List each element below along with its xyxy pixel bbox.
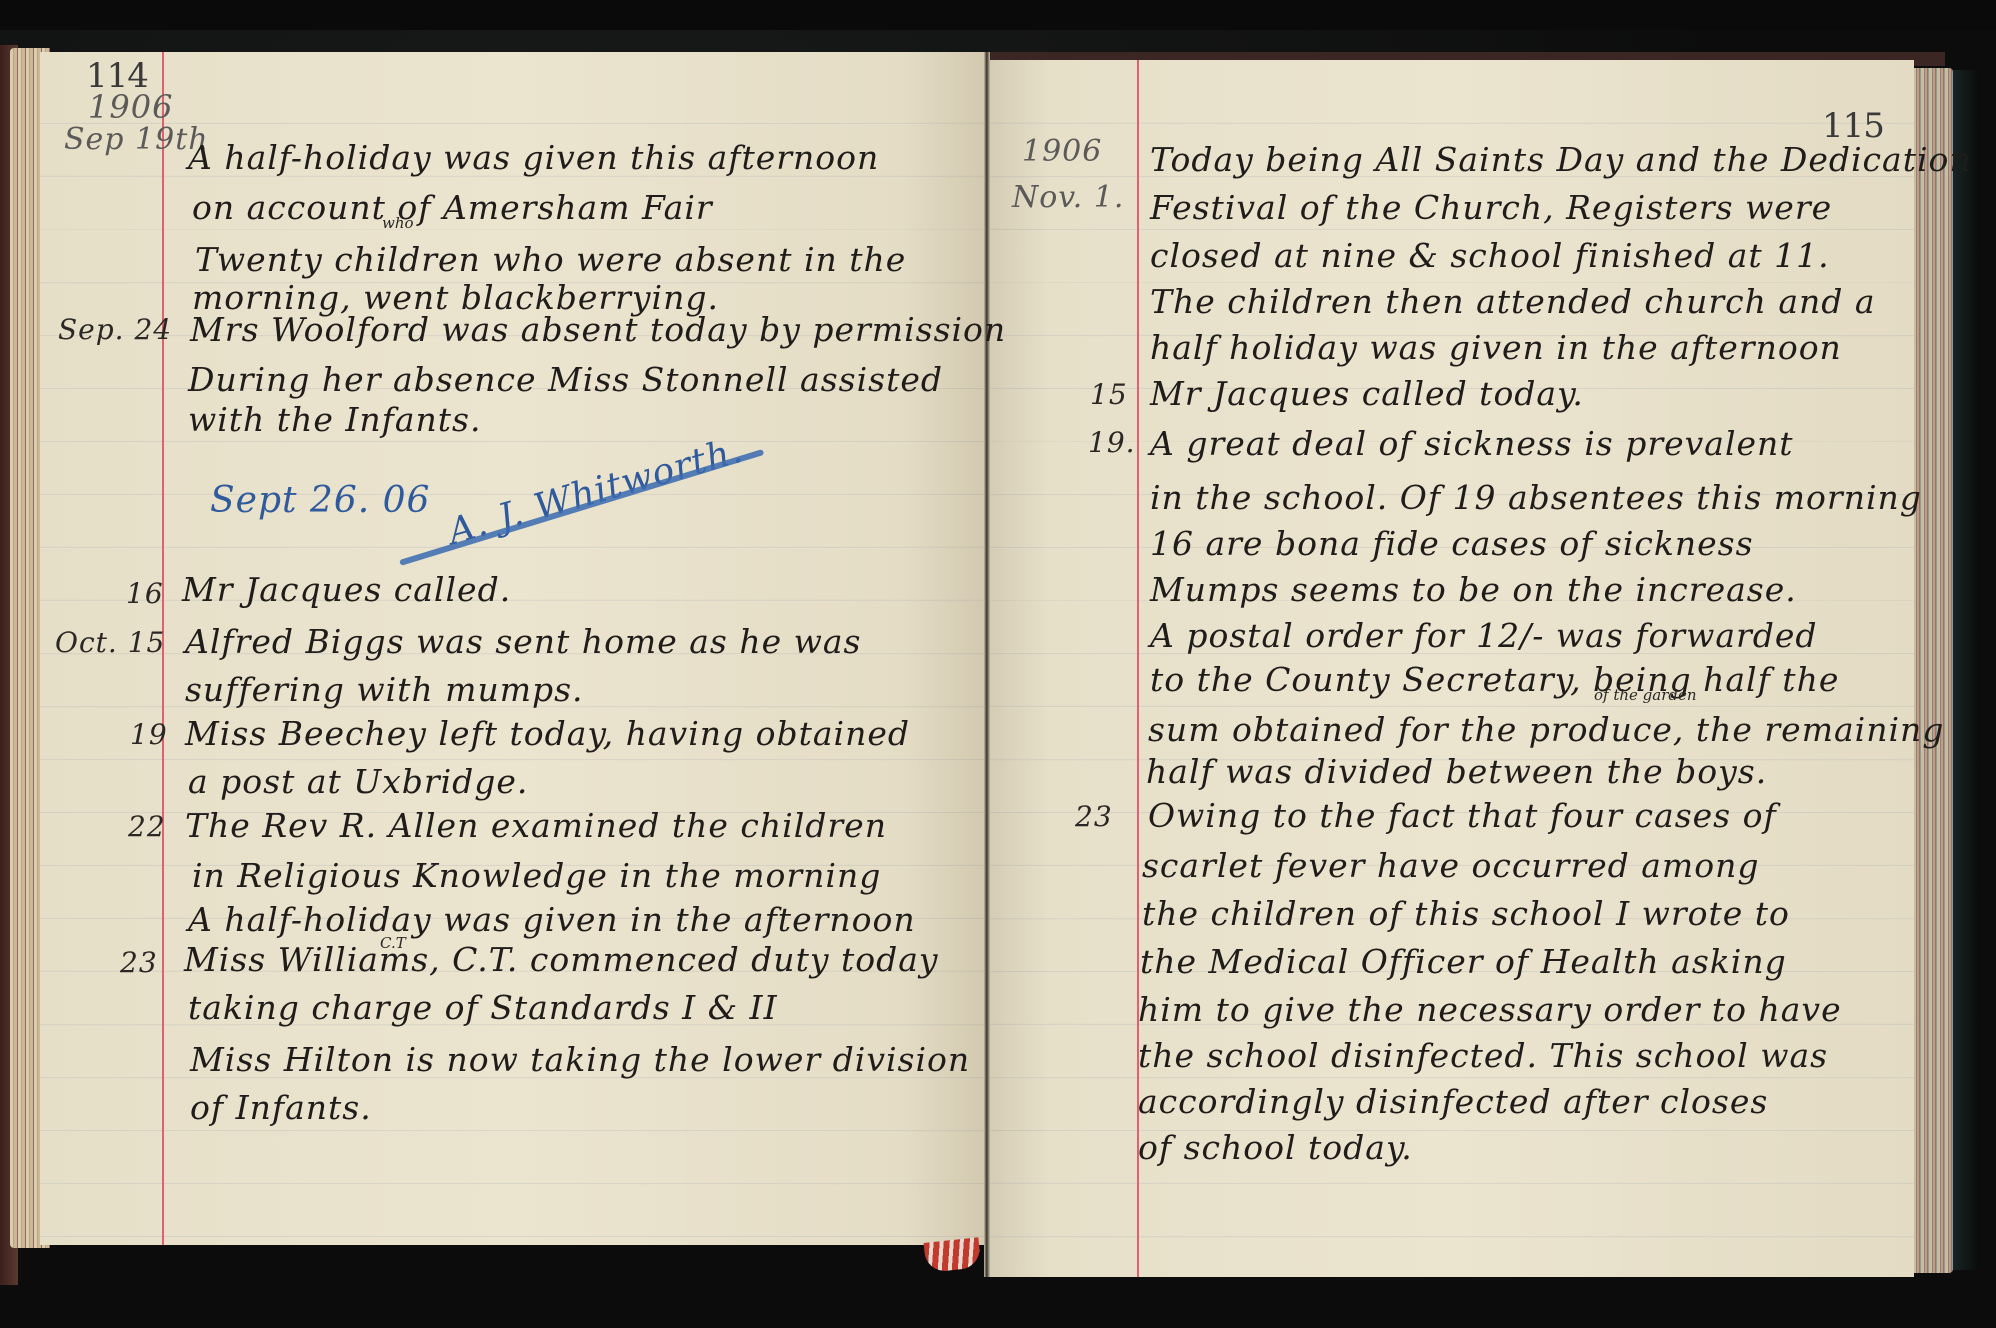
entry-line: Twenty children who were absent in the — [195, 240, 906, 279]
entry-line: Festival of the Church, Registers were — [1150, 188, 1832, 227]
entry-line: the school disinfected. This school was — [1138, 1036, 1828, 1075]
entry-line: the children of this school I wrote to — [1142, 894, 1790, 933]
entry-line: The children then attended church and a — [1150, 282, 1876, 321]
entry-date: 23 — [1075, 800, 1113, 833]
inserted-title: C.T — [380, 934, 406, 952]
entry-date: Oct. 15 — [55, 626, 165, 659]
entry-date: 19 — [130, 718, 168, 751]
gutter-shadow-right — [990, 60, 1050, 1277]
entry-line: 16 are bona fide cases of sickness — [1150, 524, 1754, 563]
entry-line: Mr Jacques called today. — [1150, 374, 1584, 413]
entry-line: closed at nine & school finished at 11. — [1150, 236, 1830, 275]
entry-line: to the County Secretary, being half the — [1150, 660, 1839, 699]
entry-date: 19. — [1088, 426, 1136, 459]
entry-line: half was divided between the boys. — [1146, 752, 1767, 791]
entry-date: 16 — [126, 577, 164, 610]
entry-line: of Infants. — [190, 1088, 372, 1127]
entry-line: him to give the necessary order to have — [1138, 990, 1842, 1029]
entry-line: Alfred Biggs was sent home as he was — [185, 622, 861, 661]
entry-line: half holiday was given in the afternoon — [1150, 328, 1842, 367]
book-gutter — [984, 52, 990, 1277]
entry-date: Sep. 24 — [58, 313, 172, 346]
entry-line: Owing to the fact that four cases of — [1148, 796, 1777, 835]
entry-line: of school today. — [1138, 1128, 1413, 1167]
entry-line: with the Infants. — [188, 400, 481, 439]
entry-line: Miss Hilton is now taking the lower divi… — [190, 1040, 970, 1079]
entry-line: Mr Jacques called. — [182, 570, 511, 609]
entry-line: During her absence Miss Stonnell assiste… — [188, 360, 943, 399]
entry-date: 23 — [120, 946, 158, 979]
entry-line: A postal order for 12/- was forwarded — [1150, 616, 1818, 655]
entry-line: Mrs Woolford was absent today by permiss… — [190, 310, 1006, 349]
entry-line: A great deal of sickness is prevalent — [1150, 424, 1794, 463]
entry-line: A half-holiday was given in the afternoo… — [188, 900, 916, 939]
inserted-word: who — [382, 214, 414, 232]
page-stack-right — [1913, 68, 1953, 1273]
entry-line: the Medical Officer of Health asking — [1140, 942, 1787, 981]
entry-date: Nov. 1. — [1012, 180, 1124, 215]
cover-edge-right — [1950, 70, 1980, 1270]
entry-line: on account of Amersham Fair — [192, 188, 713, 227]
entry-date: 22 — [128, 810, 166, 843]
inspection-date: Sept 26. 06 — [210, 480, 430, 521]
entry-line: suffering with mumps. — [185, 670, 584, 709]
entry-line: taking charge of Standards I & II — [188, 988, 778, 1027]
inserted-words: of the garden — [1594, 686, 1697, 704]
entry-line: sum obtained for the produce, the remain… — [1148, 710, 1944, 749]
margin-year: 1906 — [88, 88, 173, 126]
entry-line: in the school. Of 19 absentees this morn… — [1150, 478, 1922, 517]
entry-line: Miss Beechey left today, having obtained — [185, 714, 910, 753]
entry-line: scarlet fever have occurred among — [1142, 846, 1759, 885]
entry-line: A half-holiday was given this afternoon — [188, 138, 879, 177]
entry-date: 15 — [1090, 378, 1128, 411]
entry-line: Today being All Saints Day and the Dedic… — [1150, 140, 1972, 179]
margin-year: 1906 — [1022, 134, 1102, 169]
entry-line: Miss Williams, C.T. commenced duty today — [184, 940, 939, 979]
entry-line: Mumps seems to be on the increase. — [1150, 570, 1797, 609]
margin-date: Sep 19th — [64, 122, 209, 157]
entry-line: The Rev R. Allen examined the children — [185, 806, 887, 845]
entry-line: accordingly disinfected after closes — [1138, 1082, 1768, 1121]
entry-line: a post at Uxbridge. — [188, 762, 528, 801]
entry-line: in Religious Knowledge in the morning — [192, 856, 881, 895]
